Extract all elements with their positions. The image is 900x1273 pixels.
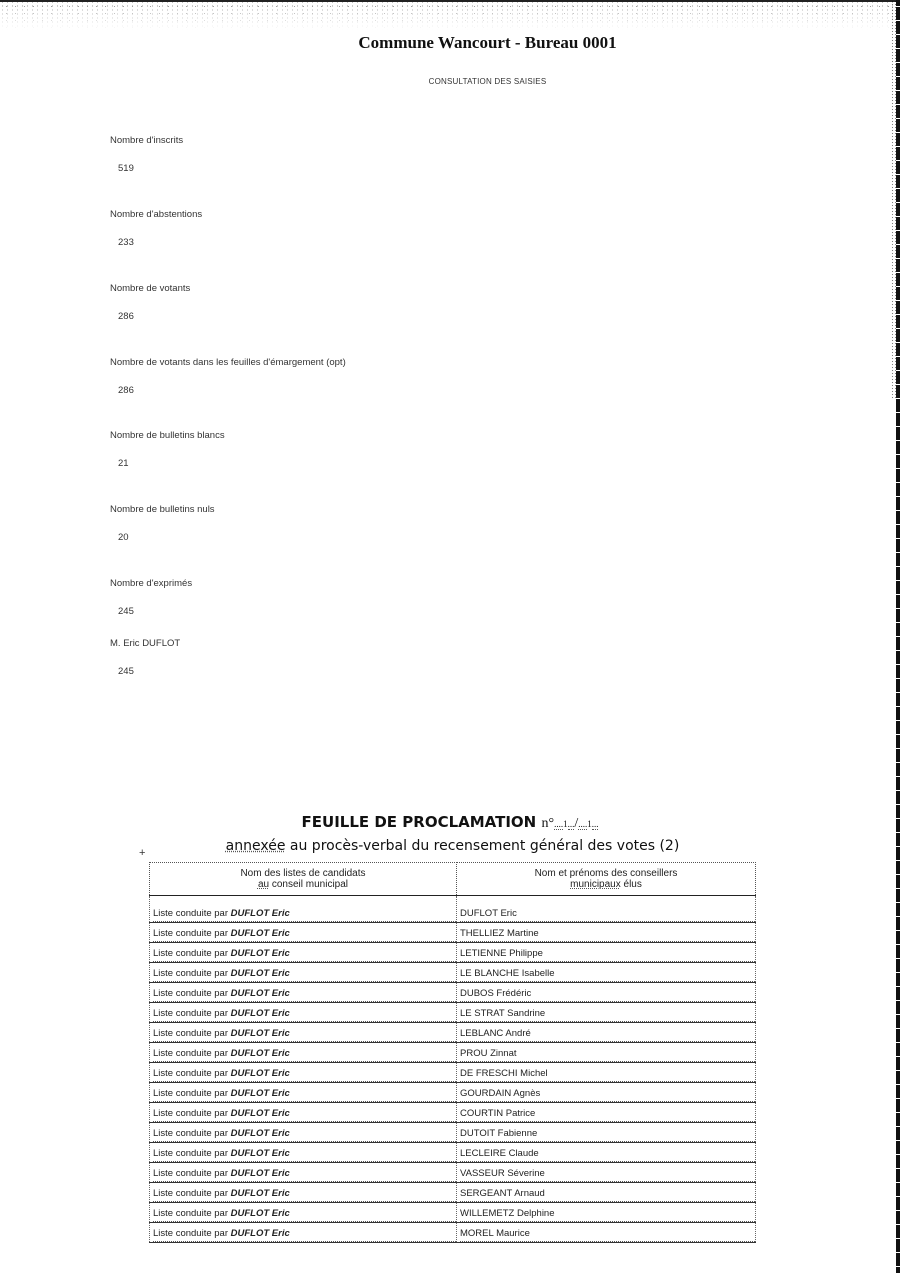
table-row: Liste conduite par DUFLOT EricWILLEMETZ … — [150, 1203, 756, 1223]
field-value: 233 — [118, 237, 202, 248]
list-cell: Liste conduite par DUFLOT Eric — [150, 1163, 457, 1183]
field-label: Nombre de votants dans les feuilles d'ém… — [110, 357, 346, 368]
field-block: Nombre d'inscrits519 — [110, 135, 183, 174]
table-row: Liste conduite par DUFLOT EricSERGEANT A… — [150, 1183, 756, 1203]
elected-cell: LEBLANC André — [457, 1023, 756, 1043]
table-row: Liste conduite par DUFLOT EricDUBOS Fréd… — [150, 983, 756, 1003]
field-value: 20 — [118, 532, 215, 543]
field-value: 519 — [118, 163, 183, 174]
table-move-handle-icon[interactable]: + — [139, 847, 145, 859]
elected-cell: THELLIEZ Martine — [457, 923, 756, 943]
field-label: Nombre de bulletins nuls — [110, 504, 215, 515]
table-row: Liste conduite par DUFLOT EricTHELLIEZ M… — [150, 923, 756, 943]
field-block: Nombre d'abstentions233 — [110, 209, 202, 248]
column-header-elected: Nom et prénoms des conseillers municipau… — [457, 863, 756, 896]
scan-edge-right — [896, 0, 900, 1273]
elected-cell: MOREL Maurice — [457, 1223, 756, 1243]
page-title: Commune Wancourt - Bureau 0001 — [0, 33, 900, 53]
list-cell: Liste conduite par DUFLOT Eric — [150, 1103, 457, 1123]
field-label: Nombre d'exprimés — [110, 578, 192, 589]
page-subtitle: CONSULTATION DES SAISIES — [0, 77, 900, 86]
proclamation-table: Nom des listes de candidats au conseil m… — [149, 862, 756, 1243]
field-block: Nombre de bulletins nuls20 — [110, 504, 215, 543]
table-row: Liste conduite par DUFLOT EricLECLEIRE C… — [150, 1143, 756, 1163]
list-cell: Liste conduite par DUFLOT Eric — [150, 896, 457, 923]
field-block: Nombre de votants286 — [110, 283, 190, 322]
elected-cell: GOURDAIN Agnès — [457, 1083, 756, 1103]
list-cell: Liste conduite par DUFLOT Eric — [150, 1023, 457, 1043]
table-row: Liste conduite par DUFLOT EricLEBLANC An… — [150, 1023, 756, 1043]
table-row: Liste conduite par DUFLOT EricPROU Zinna… — [150, 1043, 756, 1063]
sheet-number: n°....1.../....1... — [541, 816, 598, 831]
list-cell: Liste conduite par DUFLOT Eric — [150, 983, 457, 1003]
list-cell: Liste conduite par DUFLOT Eric — [150, 1183, 457, 1203]
list-cell: Liste conduite par DUFLOT Eric — [150, 963, 457, 983]
list-cell: Liste conduite par DUFLOT Eric — [150, 1203, 457, 1223]
list-cell: Liste conduite par DUFLOT Eric — [150, 1143, 457, 1163]
proclamation-title: FEUILLE DE PROCLAMATION n°....1.../....1… — [0, 813, 900, 832]
list-cell: Liste conduite par DUFLOT Eric — [150, 923, 457, 943]
elected-cell: LECLEIRE Claude — [457, 1143, 756, 1163]
table-row: Liste conduite par DUFLOT EricLE STRAT S… — [150, 1003, 756, 1023]
elected-cell: VASSEUR Séverine — [457, 1163, 756, 1183]
field-value: 245 — [118, 606, 192, 617]
table-row: Liste conduite par DUFLOT EricLETIENNE P… — [150, 943, 756, 963]
list-cell: Liste conduite par DUFLOT Eric — [150, 1003, 457, 1023]
elected-cell: COURTIN Patrice — [457, 1103, 756, 1123]
table-row: Liste conduite par DUFLOT EricGOURDAIN A… — [150, 1083, 756, 1103]
field-label: M. Eric DUFLOT — [110, 638, 180, 649]
field-label: Nombre de votants — [110, 283, 190, 294]
field-value: 21 — [118, 458, 225, 469]
table-row: Liste conduite par DUFLOT EricLE BLANCHE… — [150, 963, 756, 983]
table-row: Liste conduite par DUFLOT EricDUTOIT Fab… — [150, 1123, 756, 1143]
field-block: Nombre de bulletins blancs21 — [110, 430, 225, 469]
list-cell: Liste conduite par DUFLOT Eric — [150, 1223, 457, 1243]
table-row: Liste conduite par DUFLOT EricVASSEUR Sé… — [150, 1163, 756, 1183]
field-value: 286 — [118, 385, 346, 396]
field-block: Nombre d'exprimés245 — [110, 578, 192, 617]
elected-cell: DUBOS Frédéric — [457, 983, 756, 1003]
elected-cell: WILLEMETZ Delphine — [457, 1203, 756, 1223]
elected-cell: LETIENNE Philippe — [457, 943, 756, 963]
elected-cell: LE BLANCHE Isabelle — [457, 963, 756, 983]
list-cell: Liste conduite par DUFLOT Eric — [150, 943, 457, 963]
field-block: Nombre de votants dans les feuilles d'ém… — [110, 357, 346, 396]
scan-noise-top — [0, 0, 900, 30]
elected-cell: LE STRAT Sandrine — [457, 1003, 756, 1023]
elected-cell: DUTOIT Fabienne — [457, 1123, 756, 1143]
table-row: Liste conduite par DUFLOT EricCOURTIN Pa… — [150, 1103, 756, 1123]
elected-cell: DE FRESCHI Michel — [457, 1063, 756, 1083]
list-cell: Liste conduite par DUFLOT Eric — [150, 1083, 457, 1103]
table-row: Liste conduite par DUFLOT EricDUFLOT Eri… — [150, 896, 756, 923]
list-cell: Liste conduite par DUFLOT Eric — [150, 1063, 457, 1083]
elected-cell: SERGEANT Arnaud — [457, 1183, 756, 1203]
table-row: Liste conduite par DUFLOT EricMOREL Maur… — [150, 1223, 756, 1243]
field-value: 286 — [118, 311, 190, 322]
field-label: Nombre de bulletins blancs — [110, 430, 225, 441]
field-block: M. Eric DUFLOT245 — [110, 638, 180, 677]
table-row: Liste conduite par DUFLOT EricDE FRESCHI… — [150, 1063, 756, 1083]
list-cell: Liste conduite par DUFLOT Eric — [150, 1123, 457, 1143]
elected-cell: PROU Zinnat — [457, 1043, 756, 1063]
proclamation-subtitle: annexée au procès-verbal du recensement … — [0, 838, 900, 854]
column-header-lists: Nom des listes de candidats au conseil m… — [150, 863, 457, 896]
field-label: Nombre d'inscrits — [110, 135, 183, 146]
elected-cell: DUFLOT Eric — [457, 896, 756, 923]
header-banner: MAIRIES - 1ERE CIRCONSCRIPTION — [0, 0, 900, 4]
list-cell: Liste conduite par DUFLOT Eric — [150, 1043, 457, 1063]
field-label: Nombre d'abstentions — [110, 209, 202, 220]
proclamation-title-text: FEUILLE DE PROCLAMATION — [302, 813, 537, 831]
field-value: 245 — [118, 666, 180, 677]
